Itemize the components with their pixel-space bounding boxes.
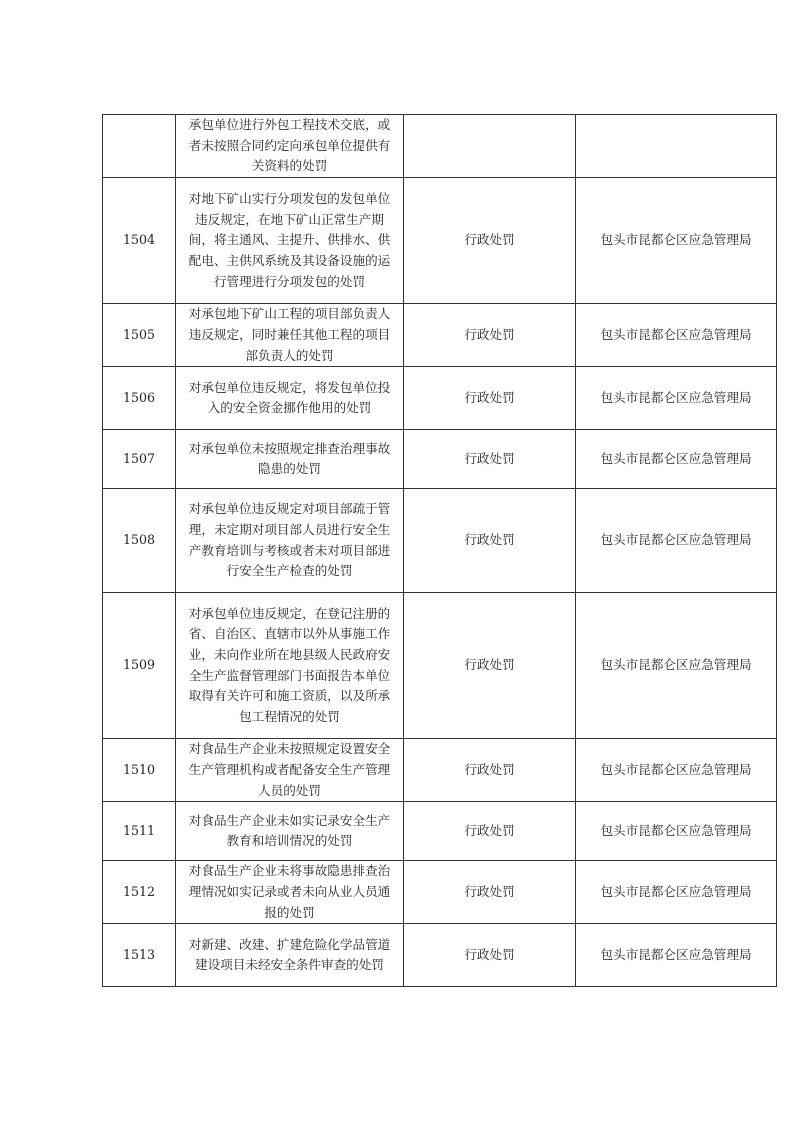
penalty-type: 行政处罚	[404, 304, 576, 367]
row-number: 1506	[103, 367, 176, 430]
department: 包头市昆都仑区应急管理局	[576, 593, 777, 739]
penalty-type: 行政处罚	[404, 367, 576, 430]
item-description: 对新建、改建、扩建危险化学品管道建设项目未经安全条件审查的处罚	[176, 924, 404, 987]
row-number: 1512	[103, 861, 176, 924]
penalty-type: 行政处罚	[404, 924, 576, 987]
row-number: 1510	[103, 739, 176, 802]
department: 包头市昆都仑区应急管理局	[576, 802, 777, 861]
item-description: 对食品生产企业未将事故隐患排查治理情况如实记录或者未向从业人员通报的处罚	[176, 861, 404, 924]
item-description: 对地下矿山实行分项发包的发包单位违反规定，在地下矿山正常生产期间，将主通风、主提…	[176, 178, 404, 304]
table-row: 承包单位进行外包工程技术交底，或者未按照合同约定向承包单位提供有关资料的处罚	[103, 115, 777, 178]
penalty-table: 承包单位进行外包工程技术交底，或者未按照合同约定向承包单位提供有关资料的处罚15…	[102, 114, 777, 987]
item-description: 对承包单位未按照规定排查治理事故隐患的处罚	[176, 430, 404, 489]
table-row: 1508对承包单位违反规定对项目部疏于管理，未定期对项目部人员进行安全生产教育培…	[103, 489, 777, 593]
row-number: 1509	[103, 593, 176, 739]
item-description: 对食品生产企业未如实记录安全生产教育和培训情况的处罚	[176, 802, 404, 861]
department: 包头市昆都仑区应急管理局	[576, 367, 777, 430]
department: 包头市昆都仑区应急管理局	[576, 430, 777, 489]
table-row: 1510对食品生产企业未按照规定设置安全生产管理机构或者配备安全生产管理人员的处…	[103, 739, 777, 802]
row-number: 1511	[103, 802, 176, 861]
row-number	[103, 115, 176, 178]
table-row: 1504对地下矿山实行分项发包的发包单位违反规定，在地下矿山正常生产期间，将主通…	[103, 178, 777, 304]
item-description: 对承包单位违反规定对项目部疏于管理，未定期对项目部人员进行安全生产教育培训与考核…	[176, 489, 404, 593]
row-number: 1507	[103, 430, 176, 489]
item-description: 对承包地下矿山工程的项目部负责人违反规定，同时兼任其他工程的项目部负责人的处罚	[176, 304, 404, 367]
item-description: 对承包单位违反规定，在登记注册的省、自治区、直辖市以外从事施工作业，未向作业所在…	[176, 593, 404, 739]
item-description: 对承包单位违反规定，将发包单位投入的安全资金挪作他用的处罚	[176, 367, 404, 430]
table-row: 1511对食品生产企业未如实记录安全生产教育和培训情况的处罚行政处罚包头市昆都仑…	[103, 802, 777, 861]
table-row: 1505对承包地下矿山工程的项目部负责人违反规定，同时兼任其他工程的项目部负责人…	[103, 304, 777, 367]
penalty-type: 行政处罚	[404, 802, 576, 861]
penalty-type: 行政处罚	[404, 178, 576, 304]
item-description: 承包单位进行外包工程技术交底，或者未按照合同约定向承包单位提供有关资料的处罚	[176, 115, 404, 178]
department: 包头市昆都仑区应急管理局	[576, 739, 777, 802]
department	[576, 115, 777, 178]
department: 包头市昆都仑区应急管理局	[576, 924, 777, 987]
item-description: 对食品生产企业未按照规定设置安全生产管理机构或者配备安全生产管理人员的处罚	[176, 739, 404, 802]
penalty-type: 行政处罚	[404, 739, 576, 802]
table-row: 1512对食品生产企业未将事故隐患排查治理情况如实记录或者未向从业人员通报的处罚…	[103, 861, 777, 924]
penalty-type: 行政处罚	[404, 489, 576, 593]
penalty-type: 行政处罚	[404, 430, 576, 489]
row-number: 1508	[103, 489, 176, 593]
row-number: 1505	[103, 304, 176, 367]
table-row: 1506对承包单位违反规定，将发包单位投入的安全资金挪作他用的处罚行政处罚包头市…	[103, 367, 777, 430]
table-row: 1509对承包单位违反规定，在登记注册的省、自治区、直辖市以外从事施工作业，未向…	[103, 593, 777, 739]
table-row: 1513对新建、改建、扩建危险化学品管道建设项目未经安全条件审查的处罚行政处罚包…	[103, 924, 777, 987]
department: 包头市昆都仑区应急管理局	[576, 178, 777, 304]
table-row: 1507对承包单位未按照规定排查治理事故隐患的处罚行政处罚包头市昆都仑区应急管理…	[103, 430, 777, 489]
penalty-type: 行政处罚	[404, 861, 576, 924]
penalty-type: 行政处罚	[404, 593, 576, 739]
department: 包头市昆都仑区应急管理局	[576, 861, 777, 924]
row-number: 1513	[103, 924, 176, 987]
row-number: 1504	[103, 178, 176, 304]
department: 包头市昆都仑区应急管理局	[576, 489, 777, 593]
penalty-type	[404, 115, 576, 178]
department: 包头市昆都仑区应急管理局	[576, 304, 777, 367]
